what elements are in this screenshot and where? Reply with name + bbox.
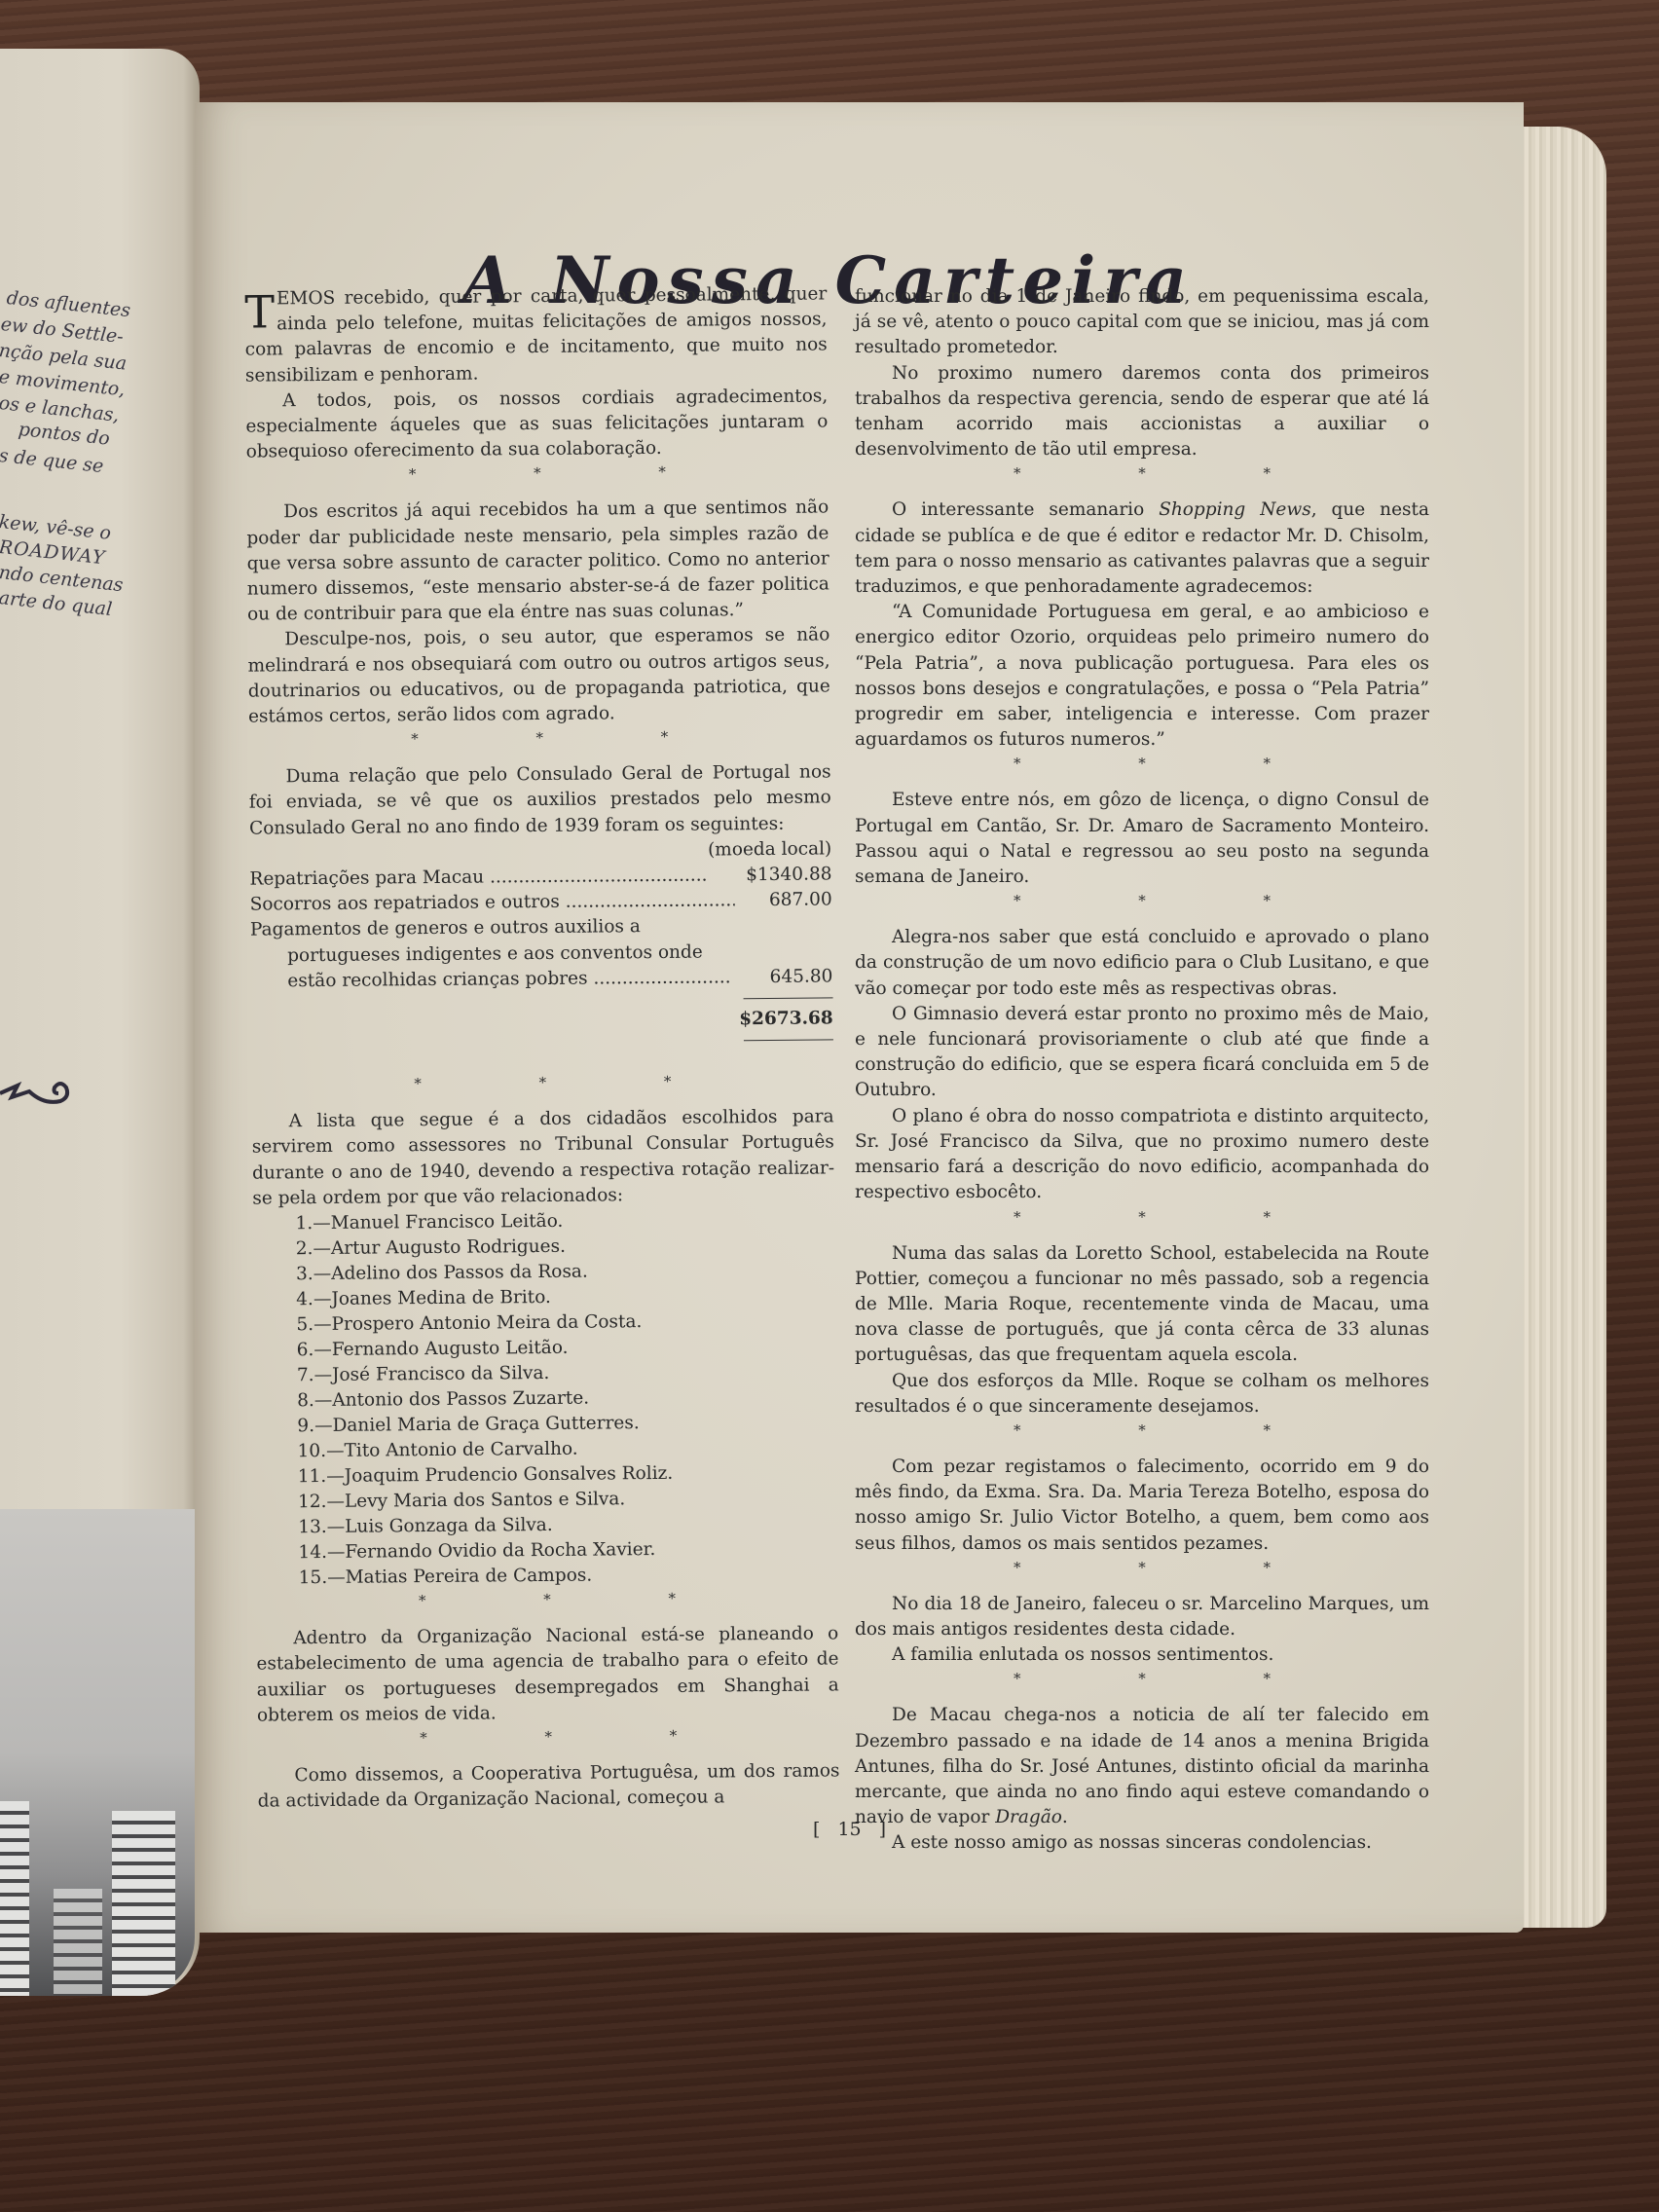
paragraph: Esteve entre nós, em gôzo de licença, o … — [855, 788, 1429, 890]
quote-paragraph: “A Comunidade Portuguesa em geral, e ao … — [855, 600, 1429, 753]
paragraph: Como dissemos, a Cooperativa Portuguêsa,… — [257, 1758, 839, 1815]
section-separator: * * * — [855, 1206, 1429, 1228]
intro-paragraph: TEMOS recebido, quer por carta, quer pes… — [244, 281, 828, 388]
finance-row: estão recolhidas crianças pobres .......… — [250, 964, 832, 994]
paragraph: Desculpe-nos, pois, o seu autor, que esp… — [247, 623, 830, 730]
paragraph: Dos escritos já aqui recebidos ha um a q… — [246, 496, 829, 628]
paragraph: O interessante semanario Shopping News, … — [855, 498, 1429, 600]
assessor-list: 1.—Manuel Francisco Leitão. 2.—Artur Aug… — [252, 1206, 837, 1591]
paragraph: A este nosso amigo as nossas sinceras co… — [855, 1830, 1429, 1856]
sum-rule — [744, 997, 833, 999]
section-separator: * * * — [855, 1419, 1429, 1441]
flourish-ornament-icon — [0, 1076, 73, 1124]
book-page-edges — [1514, 127, 1606, 1928]
page-number: [ 15 ] — [813, 1819, 886, 1840]
paragraph: A todos, pois, os nossos cordiais agrade… — [245, 384, 829, 465]
section-separator: * * * — [855, 753, 1429, 774]
paragraph: Adentro da Organização Nacional está-se … — [256, 1621, 839, 1728]
paragraph: No proximo numero daremos conta dos prim… — [855, 361, 1429, 463]
paragraph: Duma relação que pelo Consulado Geral de… — [248, 760, 831, 842]
paragraph: funcionar no dia 1 de Janeiro findo, em … — [855, 284, 1429, 361]
section-separator: * * * — [855, 1668, 1429, 1689]
left-page: dos afluentes ew do Settle- nção pela su… — [0, 49, 200, 1996]
sum-rule — [744, 1040, 833, 1042]
finance-total: $2673.68 — [251, 1006, 833, 1036]
paragraph: Com pezar registamos o falecimento, ocor… — [855, 1455, 1429, 1557]
drop-cap: T — [244, 292, 275, 331]
paragraph: Numa das salas da Loretto School, estabe… — [855, 1241, 1429, 1369]
right-column: funcionar no dia 1 de Janeiro findo, em … — [855, 284, 1429, 1857]
paragraph: De Macau chega-nos a noticia de alí ter … — [855, 1703, 1429, 1830]
paragraph: No dia 18 de Janeiro, faleceu o sr. Marc… — [855, 1592, 1429, 1642]
section-separator: * * * — [855, 890, 1429, 911]
left-page-text: s de que se — [0, 445, 104, 477]
section-separator: * * * — [855, 462, 1429, 484]
paragraph: O plano é obra do nosso compatriota e di… — [855, 1104, 1429, 1206]
section-separator: * * * — [855, 1557, 1429, 1578]
ship-name: Dragão — [995, 1807, 1062, 1827]
paragraph: Alegra-nos saber que está concluido e ap… — [855, 925, 1429, 1002]
finance-table: Repatriações para Macau ................… — [249, 862, 833, 1045]
paragraph: A familia enlutada os nossos sentimentos… — [855, 1642, 1429, 1668]
paragraph: Que dos esforços da Mlle. Roque se colha… — [855, 1369, 1429, 1419]
paragraph: O Gimnasio deverá estar pronto no proxim… — [855, 1002, 1429, 1104]
city-buildings-photo — [0, 1509, 195, 1996]
publication-name: Shopping News — [1159, 499, 1311, 520]
left-column: TEMOS recebido, quer por carta, quer pes… — [244, 281, 840, 1814]
paragraph: A lista que segue é a dos cidadãos escol… — [252, 1105, 835, 1212]
